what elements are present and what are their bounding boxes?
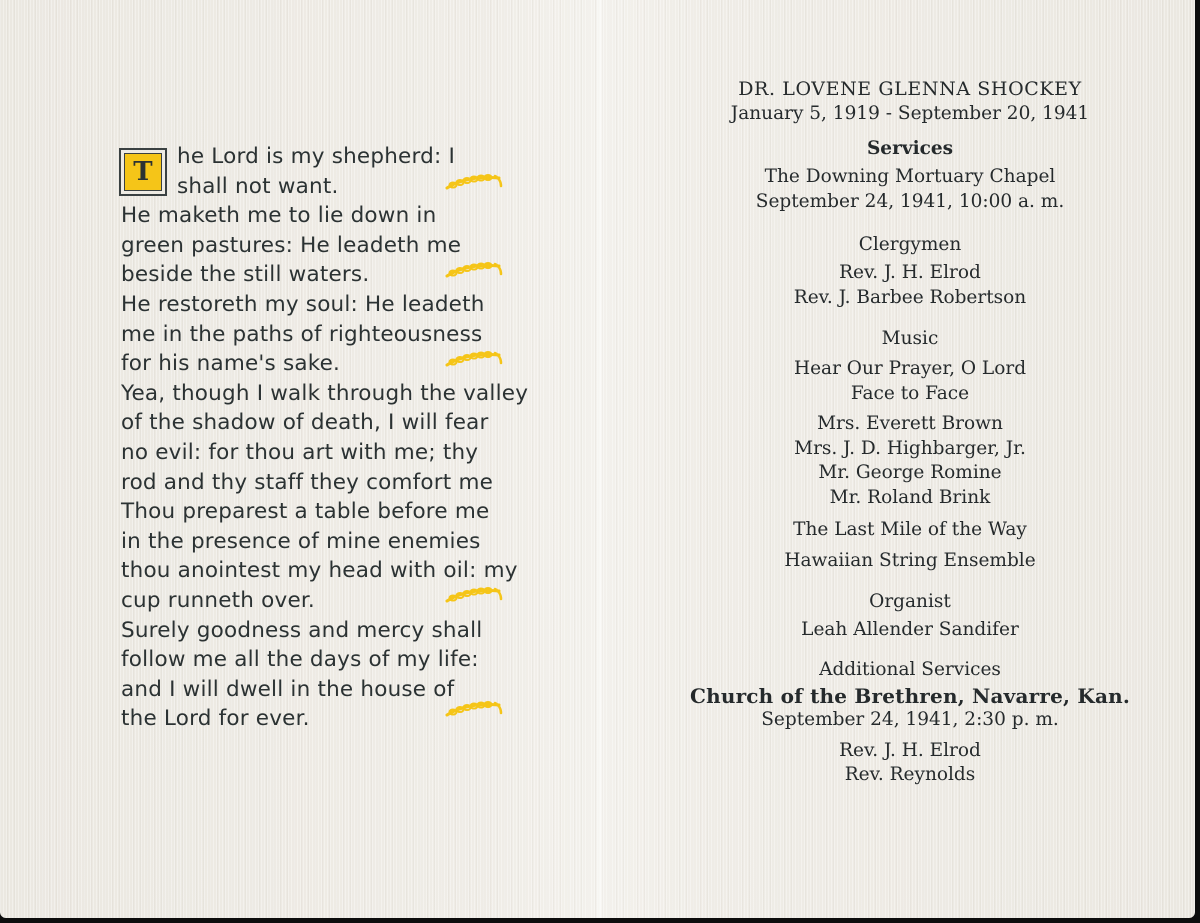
psalm-line: Yea, though I walk through the valley bbox=[121, 379, 521, 409]
psalm-23-panel: T he Lord is my shepherd: I shall not wa… bbox=[121, 142, 521, 734]
song-title: Face to Face bbox=[660, 382, 1160, 407]
song-title: Hear Our Prayer, O Lord bbox=[660, 357, 1160, 382]
music-heading: Music bbox=[660, 328, 1160, 349]
clergyman-name: Rev. J. Barbee Robertson bbox=[660, 286, 1160, 311]
gold-wheat-flourish-icon bbox=[443, 170, 503, 192]
psalm-line: thou anointest my head with oil: my bbox=[121, 556, 521, 586]
psalm-line: me in the paths of righteousness bbox=[121, 320, 521, 350]
singer-name: Mr. George Romine bbox=[660, 461, 1160, 486]
services-datetime: September 24, 1941, 10:00 a. m. bbox=[660, 190, 1160, 215]
psalm-line: Thou preparest a table before me bbox=[121, 497, 521, 527]
additional-clergy-name: Rev. Reynolds bbox=[660, 763, 1160, 788]
additional-services-location: Church of the Brethren, Navarre, Kan. bbox=[660, 684, 1160, 709]
services-heading: Services bbox=[660, 138, 1160, 159]
deceased-name: DR. LOVENE GLENNA SHOCKEY bbox=[660, 78, 1160, 100]
additional-clergy-name: Rev. J. H. Elrod bbox=[660, 739, 1160, 764]
song-title: The Last Mile of the Way bbox=[660, 518, 1160, 543]
gold-wheat-flourish-icon bbox=[443, 583, 503, 605]
psalm-line: follow me all the days of my life: bbox=[121, 645, 521, 675]
psalm-line: He maketh me to lie down in bbox=[121, 201, 521, 231]
gold-wheat-flourish-icon bbox=[443, 347, 503, 369]
funeral-program-sheet: T he Lord is my shepherd: I shall not wa… bbox=[0, 0, 1195, 918]
psalm-line: green pastures: He leadeth me bbox=[121, 231, 521, 261]
psalm-line: rod and thy staff they comfort me bbox=[121, 468, 521, 498]
psalm-line: in the presence of mine enemies bbox=[121, 527, 521, 557]
additional-services-datetime: September 24, 1941, 2:30 p. m. bbox=[660, 708, 1160, 733]
psalm-line: no evil: for thou art with me; thy bbox=[121, 438, 521, 468]
additional-services-heading: Additional Services bbox=[660, 659, 1160, 680]
gold-wheat-flourish-icon bbox=[443, 258, 503, 280]
center-fold bbox=[596, 0, 604, 918]
organist-heading: Organist bbox=[660, 591, 1160, 612]
clergyman-name: Rev. J. H. Elrod bbox=[660, 261, 1160, 286]
life-dates: January 5, 1919 - September 20, 1941 bbox=[660, 103, 1160, 124]
singer-name: Mrs. J. D. Highbarger, Jr. bbox=[660, 437, 1160, 462]
singer-name: Mrs. Everett Brown bbox=[660, 412, 1160, 437]
clergymen-heading: Clergymen bbox=[660, 234, 1160, 255]
services-location: The Downing Mortuary Chapel bbox=[660, 165, 1160, 190]
gold-wheat-flourish-icon bbox=[443, 697, 503, 719]
psalm-line: of the shadow of death, I will fear bbox=[121, 408, 521, 438]
performer-name: Hawaiian String Ensemble bbox=[660, 549, 1160, 574]
psalm-line: He restoreth my soul: He leadeth bbox=[121, 290, 521, 320]
service-program-panel: DR. LOVENE GLENNA SHOCKEY January 5, 191… bbox=[660, 78, 1160, 788]
singer-name: Mr. Roland Brink bbox=[660, 486, 1160, 511]
psalm-line: he Lord is my shepherd: I bbox=[121, 142, 521, 172]
organist-name: Leah Allender Sandifer bbox=[660, 618, 1160, 643]
psalm-line: Surely goodness and mercy shall bbox=[121, 616, 521, 646]
